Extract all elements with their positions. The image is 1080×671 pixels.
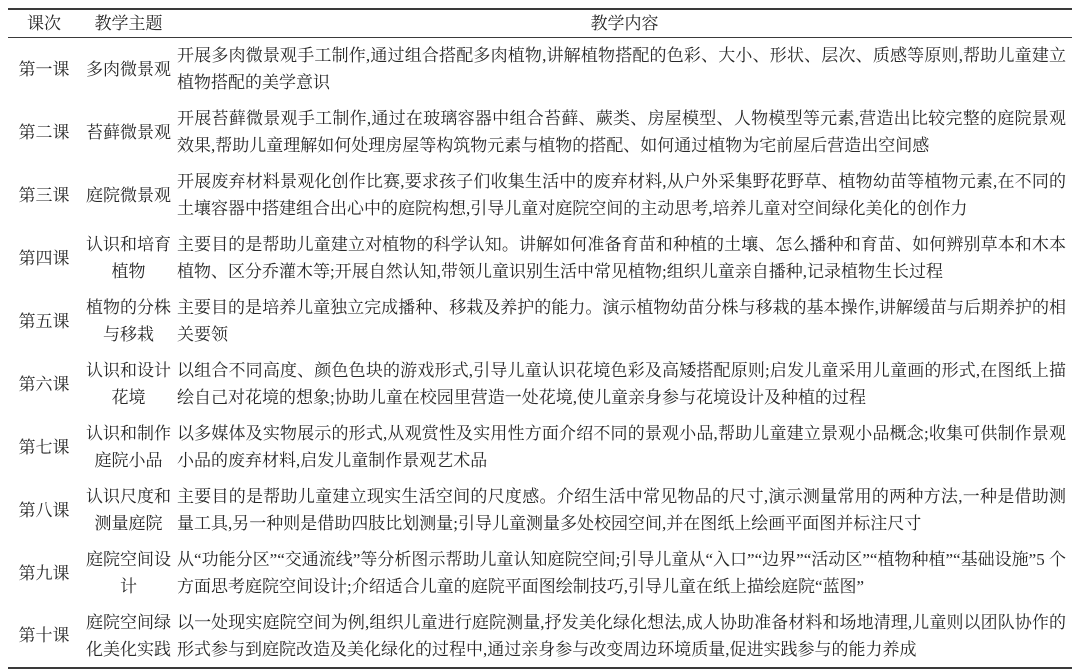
lesson-number-cell: 第二课 — [8, 101, 80, 164]
table-row: 第二课 苔藓微景观 开展苔藓微景观手工制作,通过在玻璃容器中组合苔藓、蕨类、房屋… — [8, 101, 1072, 164]
lesson-number-cell: 第四课 — [8, 227, 80, 290]
header-teaching-theme: 教学主题 — [80, 9, 177, 38]
teaching-content-cell: 主要目的是培养儿童独立完成播种、移栽及养护的能力。演示植物幼苗分株与移栽的基本操… — [177, 290, 1072, 353]
lesson-number-cell: 第七课 — [8, 416, 80, 479]
teaching-content-cell: 主要目的是帮助儿童建立对植物的科学认知。讲解如何准备育苗和种植的土壤、怎么播种和… — [177, 227, 1072, 290]
table-body: 第一课 多肉微景观 开展多肉微景观手工制作,通过组合搭配多肉植物,讲解植物搭配的… — [8, 38, 1072, 668]
teaching-theme-cell: 认识和设计花境 — [80, 353, 177, 416]
teaching-content-cell: 开展废弃材料景观化创作比赛,要求孩子们收集生活中的废弃材料,从户外采集野花野草、… — [177, 164, 1072, 227]
teaching-content-cell: 以多媒体及实物展示的形式,从观赏性及实用性方面介绍不同的景观小品,帮助儿童建立景… — [177, 416, 1072, 479]
teaching-content-cell: 开展多肉微景观手工制作,通过组合搭配多肉植物,讲解植物搭配的色彩、大小、形状、层… — [177, 38, 1072, 101]
teaching-theme-cell: 认识尺度和测量庭院 — [80, 479, 177, 542]
teaching-content-cell: 主要目的是帮助儿童建立现实生活空间的尺度感。介绍生活中常见物品的尺寸,演示测量常… — [177, 479, 1072, 542]
paper-table-page: 课次 教学主题 教学内容 第一课 多肉微景观 开展多肉微景观手工制作,通过组合搭… — [0, 0, 1080, 671]
table-row: 第五课 植物的分株与移栽 主要目的是培养儿童独立完成播种、移栽及养护的能力。演示… — [8, 290, 1072, 353]
table-row: 第四课 认识和培育植物 主要目的是帮助儿童建立对植物的科学认知。讲解如何准备育苗… — [8, 227, 1072, 290]
course-schedule-table: 课次 教学主题 教学内容 第一课 多肉微景观 开展多肉微景观手工制作,通过组合搭… — [8, 8, 1072, 669]
lesson-number-cell: 第六课 — [8, 353, 80, 416]
table-row: 第十课 庭院空间绿化美化实践 以一处现实庭院空间为例,组织儿童进行庭院测量,抒发… — [8, 605, 1072, 668]
lesson-number-cell: 第八课 — [8, 479, 80, 542]
header-row: 课次 教学主题 教学内容 — [8, 9, 1072, 38]
table-row: 第六课 认识和设计花境 以组合不同高度、颜色色块的游戏形式,引导儿童认识花境色彩… — [8, 353, 1072, 416]
lesson-number-cell: 第五课 — [8, 290, 80, 353]
teaching-theme-cell: 庭院微景观 — [80, 164, 177, 227]
teaching-theme-cell: 植物的分株与移栽 — [80, 290, 177, 353]
lesson-number-cell: 第一课 — [8, 38, 80, 101]
lesson-number-cell: 第十课 — [8, 605, 80, 668]
table-row: 第七课 认识和制作庭院小品 以多媒体及实物展示的形式,从观赏性及实用性方面介绍不… — [8, 416, 1072, 479]
header-teaching-content: 教学内容 — [177, 9, 1072, 38]
header-lesson-number: 课次 — [8, 9, 80, 38]
teaching-theme-cell: 庭院空间设计 — [80, 542, 177, 605]
teaching-theme-cell: 苔藓微景观 — [80, 101, 177, 164]
table-row: 第八课 认识尺度和测量庭院 主要目的是帮助儿童建立现实生活空间的尺度感。介绍生活… — [8, 479, 1072, 542]
teaching-content-cell: 开展苔藓微景观手工制作,通过在玻璃容器中组合苔藓、蕨类、房屋模型、人物模型等元素… — [177, 101, 1072, 164]
teaching-theme-cell: 认识和制作庭院小品 — [80, 416, 177, 479]
teaching-theme-cell: 多肉微景观 — [80, 38, 177, 101]
lesson-number-cell: 第三课 — [8, 164, 80, 227]
table-row: 第三课 庭院微景观 开展废弃材料景观化创作比赛,要求孩子们收集生活中的废弃材料,… — [8, 164, 1072, 227]
teaching-content-cell: 以组合不同高度、颜色色块的游戏形式,引导儿童认识花境色彩及高矮搭配原则;启发儿童… — [177, 353, 1072, 416]
teaching-content-cell: 以一处现实庭院空间为例,组织儿童进行庭院测量,抒发美化绿化想法,成人协助准备材料… — [177, 605, 1072, 668]
teaching-theme-cell: 认识和培育植物 — [80, 227, 177, 290]
table-row: 第一课 多肉微景观 开展多肉微景观手工制作,通过组合搭配多肉植物,讲解植物搭配的… — [8, 38, 1072, 101]
table-header: 课次 教学主题 教学内容 — [8, 9, 1072, 38]
table-row: 第九课 庭院空间设计 从“功能分区”“交通流线”等分析图示帮助儿童认知庭院空间;… — [8, 542, 1072, 605]
lesson-number-cell: 第九课 — [8, 542, 80, 605]
teaching-content-cell: 从“功能分区”“交通流线”等分析图示帮助儿童认知庭院空间;引导儿童从“入口”“边… — [177, 542, 1072, 605]
teaching-theme-cell: 庭院空间绿化美化实践 — [80, 605, 177, 668]
